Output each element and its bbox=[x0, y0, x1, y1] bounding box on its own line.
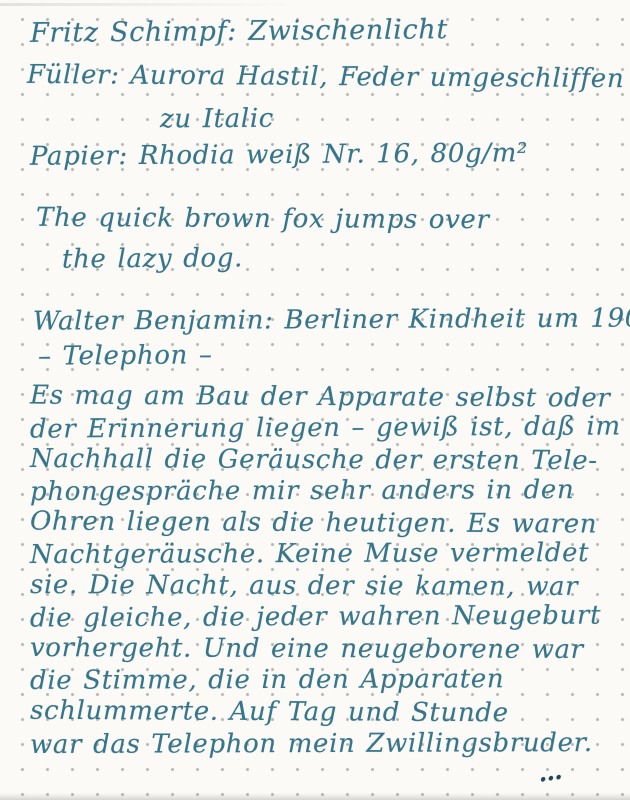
quote-body-line: die Stimme, die in den Apparaten bbox=[30, 666, 504, 694]
pen-description-line-2: zu Italic bbox=[160, 106, 274, 133]
quote-source-line: Walter Benjamin: Berliner Kindheit um 19… bbox=[33, 305, 630, 334]
ink-title-line: Fritz Schimpf: Zwischenlicht bbox=[30, 16, 448, 47]
quote-body-line: war das Telephon mein Zwillingsbruder. bbox=[30, 730, 593, 758]
quote-body-line: Ohren liegen als die heutigen. Es waren bbox=[30, 509, 597, 538]
quote-body-line: vorhergeht. Und eine neugeborene war bbox=[30, 635, 584, 663]
pen-description-line: Füller: Aurora Hastil, Feder umgeschliff… bbox=[27, 62, 624, 92]
pangram-line-1: The quick brown fox jumps over bbox=[36, 205, 490, 233]
quote-body-line: phongespräche mir sehr anders in den bbox=[30, 477, 574, 505]
scan-edge-shadow bbox=[0, 793, 630, 800]
quote-body-line: schlummerte. Auf Tag und Stunde bbox=[30, 698, 509, 727]
paper-description-line: Papier: Rhodia weiß Nr. 16, 80g/m² bbox=[30, 140, 528, 169]
ellipsis-mark: … bbox=[536, 758, 566, 786]
quote-body-line: Nachtgeräusche. Keine Muse vermeldet bbox=[30, 540, 589, 568]
quote-body-line: der Erinnerung liegen – gewiß ist, daß i… bbox=[30, 413, 621, 442]
quote-body-line: Nachhall die Geräusche der ersten Tele- bbox=[30, 446, 598, 474]
scanned-notebook-page: Fritz Schimpf: Zwischenlicht Füller: Aur… bbox=[0, 0, 630, 800]
scanner-artifact-streak bbox=[0, 3, 300, 6]
quote-body-line: die gleiche, die jeder wahren Neugeburt bbox=[30, 603, 601, 632]
quote-body-line: Es mag am Bau der Apparate selbst oder bbox=[30, 382, 611, 411]
pangram-line-2: the lazy dog. bbox=[62, 245, 243, 272]
quote-chapter-line: – Telephon – bbox=[38, 342, 213, 370]
quote-body-line: sie. Die Nacht, aus der sie kamen, war bbox=[30, 572, 578, 600]
